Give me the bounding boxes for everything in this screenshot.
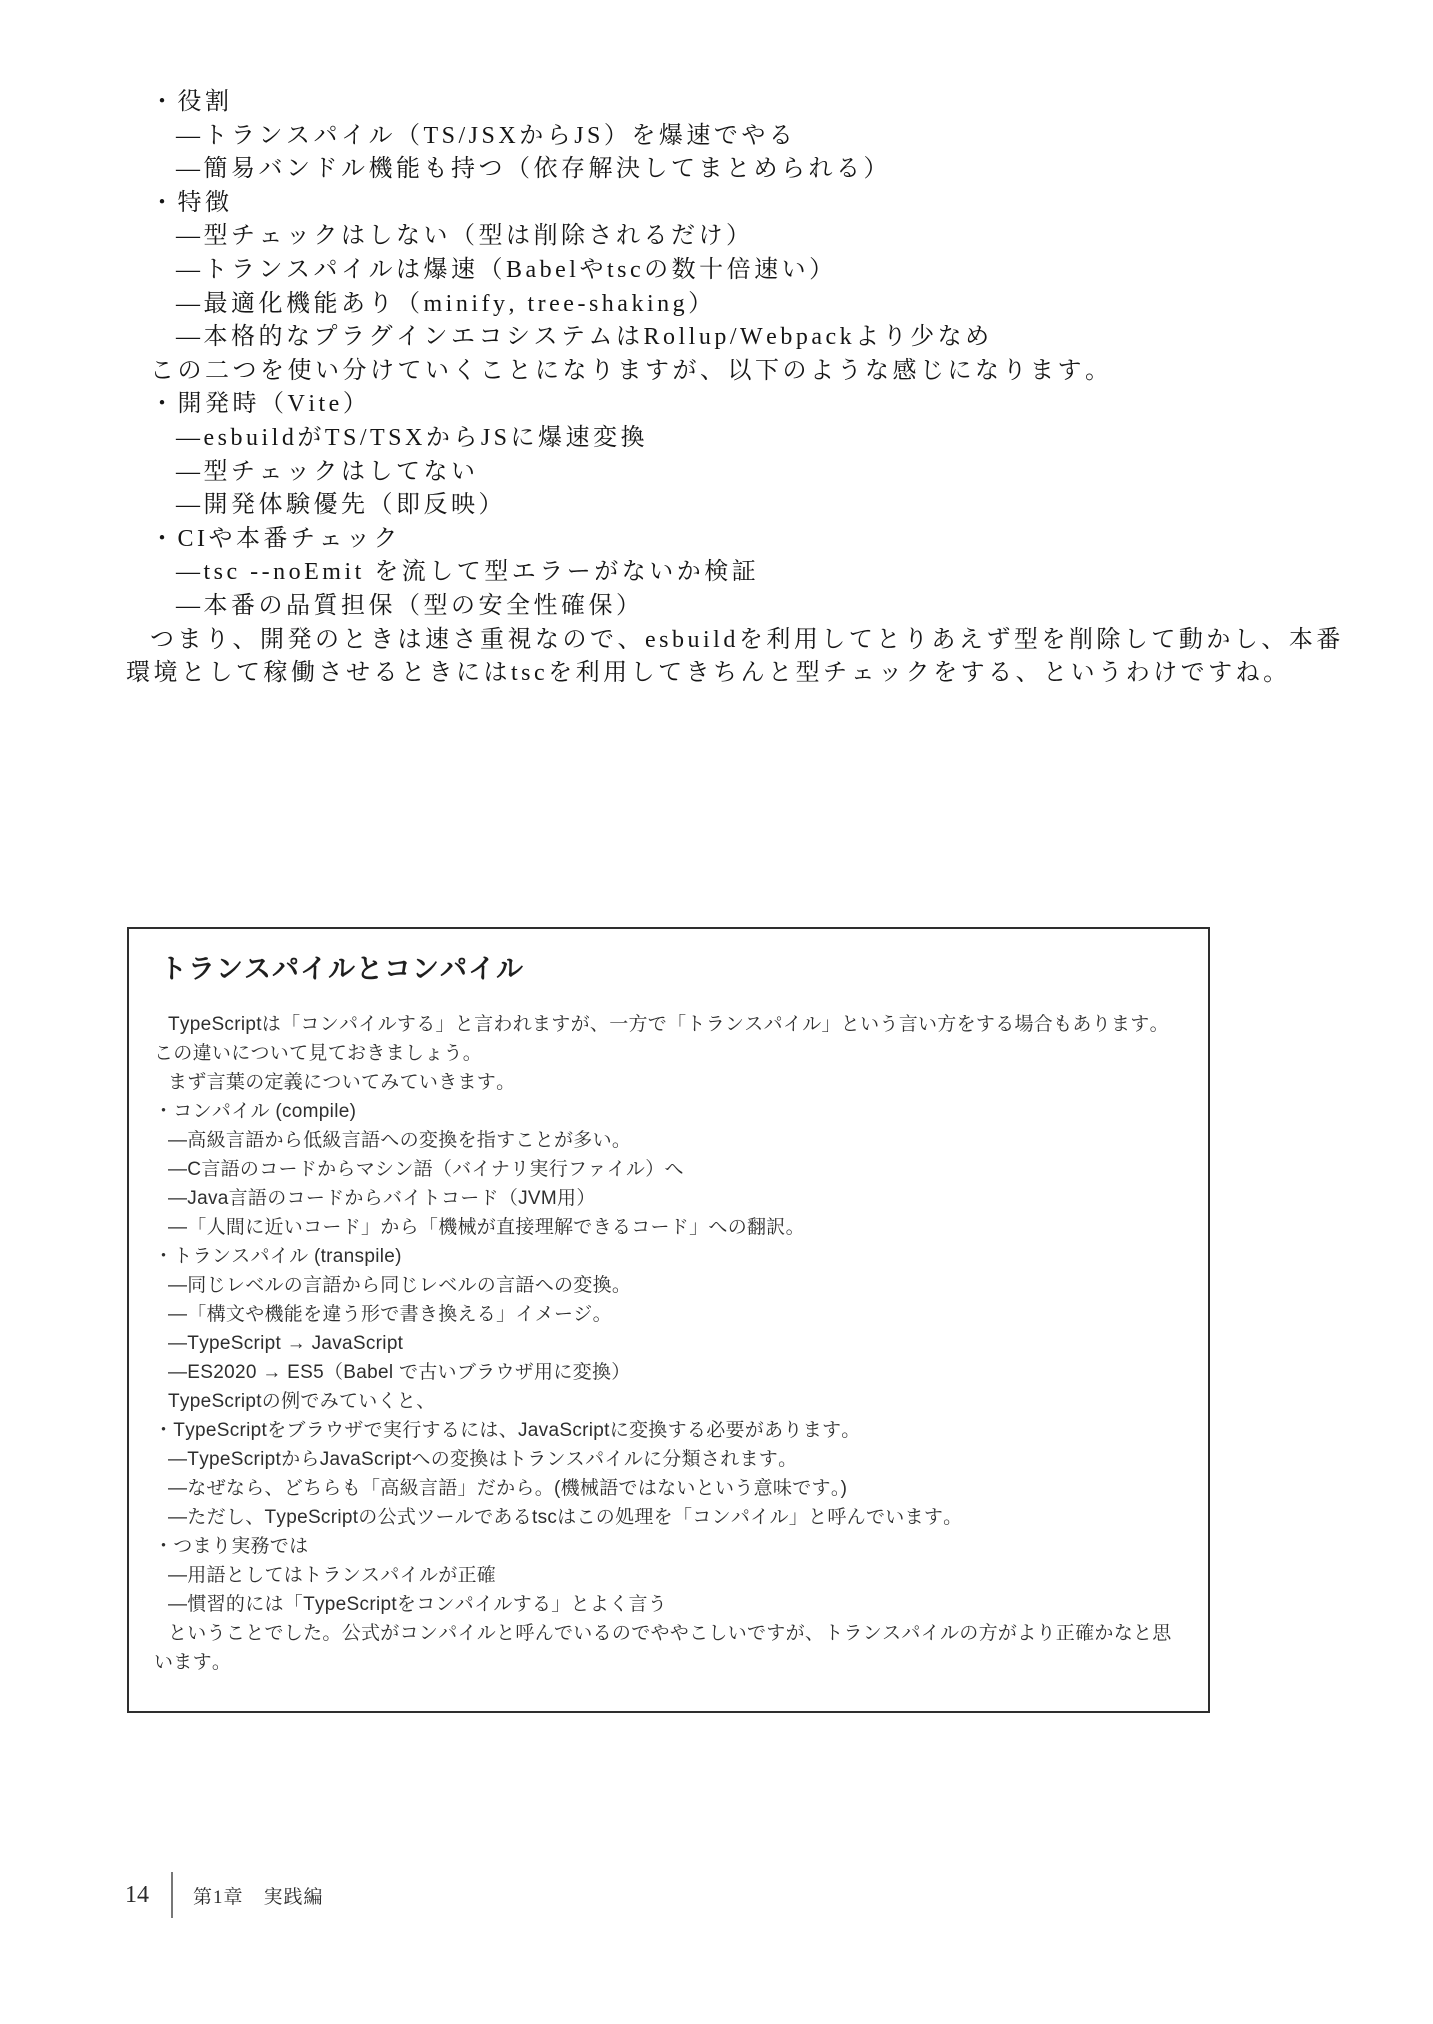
box-line: —慣習的には「TypeScriptをコンパイルする」とよく言う xyxy=(154,1590,1188,1619)
box-line: —C言語のコードからマシン語（バイナリ実行ファイル）へ xyxy=(154,1155,1188,1184)
text-line: ・特徴 xyxy=(126,187,1433,221)
text-line: —型チェックはしない（型は削除されるだけ） xyxy=(126,220,1433,254)
text-line: —開発体験優先（即反映） xyxy=(126,489,1433,523)
box-line: —同じレベルの言語から同じレベルの言語への変換。 xyxy=(154,1271,1188,1300)
box-line: ・つまり実務では xyxy=(154,1532,1188,1561)
box-line: —ES2020 → ES5（Babel で古いブラウザ用に変換） xyxy=(154,1358,1188,1387)
page: { "main": { "lines": [ "・役割", "—トランスパイル（… xyxy=(0,0,1433,2024)
box-line: TypeScriptの例でみていくと、 xyxy=(154,1387,1188,1416)
text-line: 環境として稼働させるときにはtscを利用してきちんと型チェックをする、というわけ… xyxy=(126,657,1433,691)
box-line: います。 xyxy=(154,1648,1188,1677)
box-line: —TypeScript → JavaScript xyxy=(154,1329,1188,1358)
text-line: —簡易バンドル機能も持つ（依存解決してまとめられる） xyxy=(126,153,1433,187)
box-line: ・コンパイル (compile) xyxy=(154,1097,1188,1126)
text-line: この二つを使い分けていくことになりますが、以下のような感じになります。 xyxy=(126,355,1433,389)
text-line: —最適化機能あり（minify, tree-shaking） xyxy=(126,288,1433,322)
main-text: ・役割 —トランスパイル（TS/JSXからJS）を爆速でやる —簡易バンドル機能… xyxy=(0,86,1433,691)
text-line: —トランスパイルは爆速（Babelやtscの数十倍速い） xyxy=(126,254,1433,288)
text-line: —tsc --noEmit を流して型エラーがないか検証 xyxy=(126,556,1433,590)
box-line: —ただし、TypeScriptの公式ツールであるtscはこの処理を「コンパイル」… xyxy=(154,1503,1188,1532)
text-line: —esbuildがTS/TSXからJSに爆速変換 xyxy=(126,422,1433,456)
info-box: トランスパイルとコンパイル TypeScriptは「コンパイルする」と言われます… xyxy=(127,927,1210,1713)
box-line: —「構文や機能を違う形で書き換える」イメージ。 xyxy=(154,1300,1188,1329)
box-line: この違いについて見ておきましょう。 xyxy=(154,1039,1188,1068)
footer: 14 第1章 実践編 xyxy=(125,1872,324,1918)
page-number: 14 xyxy=(125,1882,149,1909)
box-line: ということでした。公式がコンパイルと呼んでいるのでややこしいですが、トランスパイ… xyxy=(154,1619,1188,1648)
text-line: ・開発時（Vite） xyxy=(126,388,1433,422)
box-line: ・TypeScriptをブラウザで実行するには、JavaScriptに変換する必… xyxy=(154,1416,1188,1445)
box-line: —「人間に近いコード」から「機械が直接理解できるコード」への翻訳。 xyxy=(154,1213,1188,1242)
box-line: —用語としてはトランスパイルが正確 xyxy=(154,1561,1188,1590)
text-line: —本番の品質担保（型の安全性確保） xyxy=(126,590,1433,624)
box-line: —高級言語から低級言語への変換を指すことが多い。 xyxy=(154,1126,1188,1155)
text-line: ・役割 xyxy=(126,86,1433,120)
box-line: まず言葉の定義についてみていきます。 xyxy=(154,1068,1188,1097)
box-body: TypeScriptは「コンパイルする」と言われますが、一方で「トランスパイル」… xyxy=(154,1010,1188,1677)
text-line: ・CIや本番チェック xyxy=(126,523,1433,557)
footer-divider xyxy=(171,1872,173,1918)
box-line: —TypeScriptからJavaScriptへの変換はトランスパイルに分類され… xyxy=(154,1445,1188,1474)
text-line: —トランスパイル（TS/JSXからJS）を爆速でやる xyxy=(126,120,1433,154)
box-line: —Java言語のコードからバイトコード（JVM用） xyxy=(154,1184,1188,1213)
text-line: —型チェックはしてない xyxy=(126,456,1433,490)
box-line: —なぜなら、どちらも「高級言語」だから。(機械語ではないという意味です。) xyxy=(154,1474,1188,1503)
box-line: ・トランスパイル (transpile) xyxy=(154,1242,1188,1271)
box-title: トランスパイルとコンパイル xyxy=(160,947,1188,986)
text-line: —本格的なプラグインエコシステムはRollup/Webpackより少なめ xyxy=(126,321,1433,355)
box-line: TypeScriptは「コンパイルする」と言われますが、一方で「トランスパイル」… xyxy=(154,1010,1188,1039)
text-line: つまり、開発のときは速さ重視なので、esbuildを利用してとりあえず型を削除し… xyxy=(126,624,1433,658)
chapter-label: 第1章 実践編 xyxy=(193,1882,324,1909)
